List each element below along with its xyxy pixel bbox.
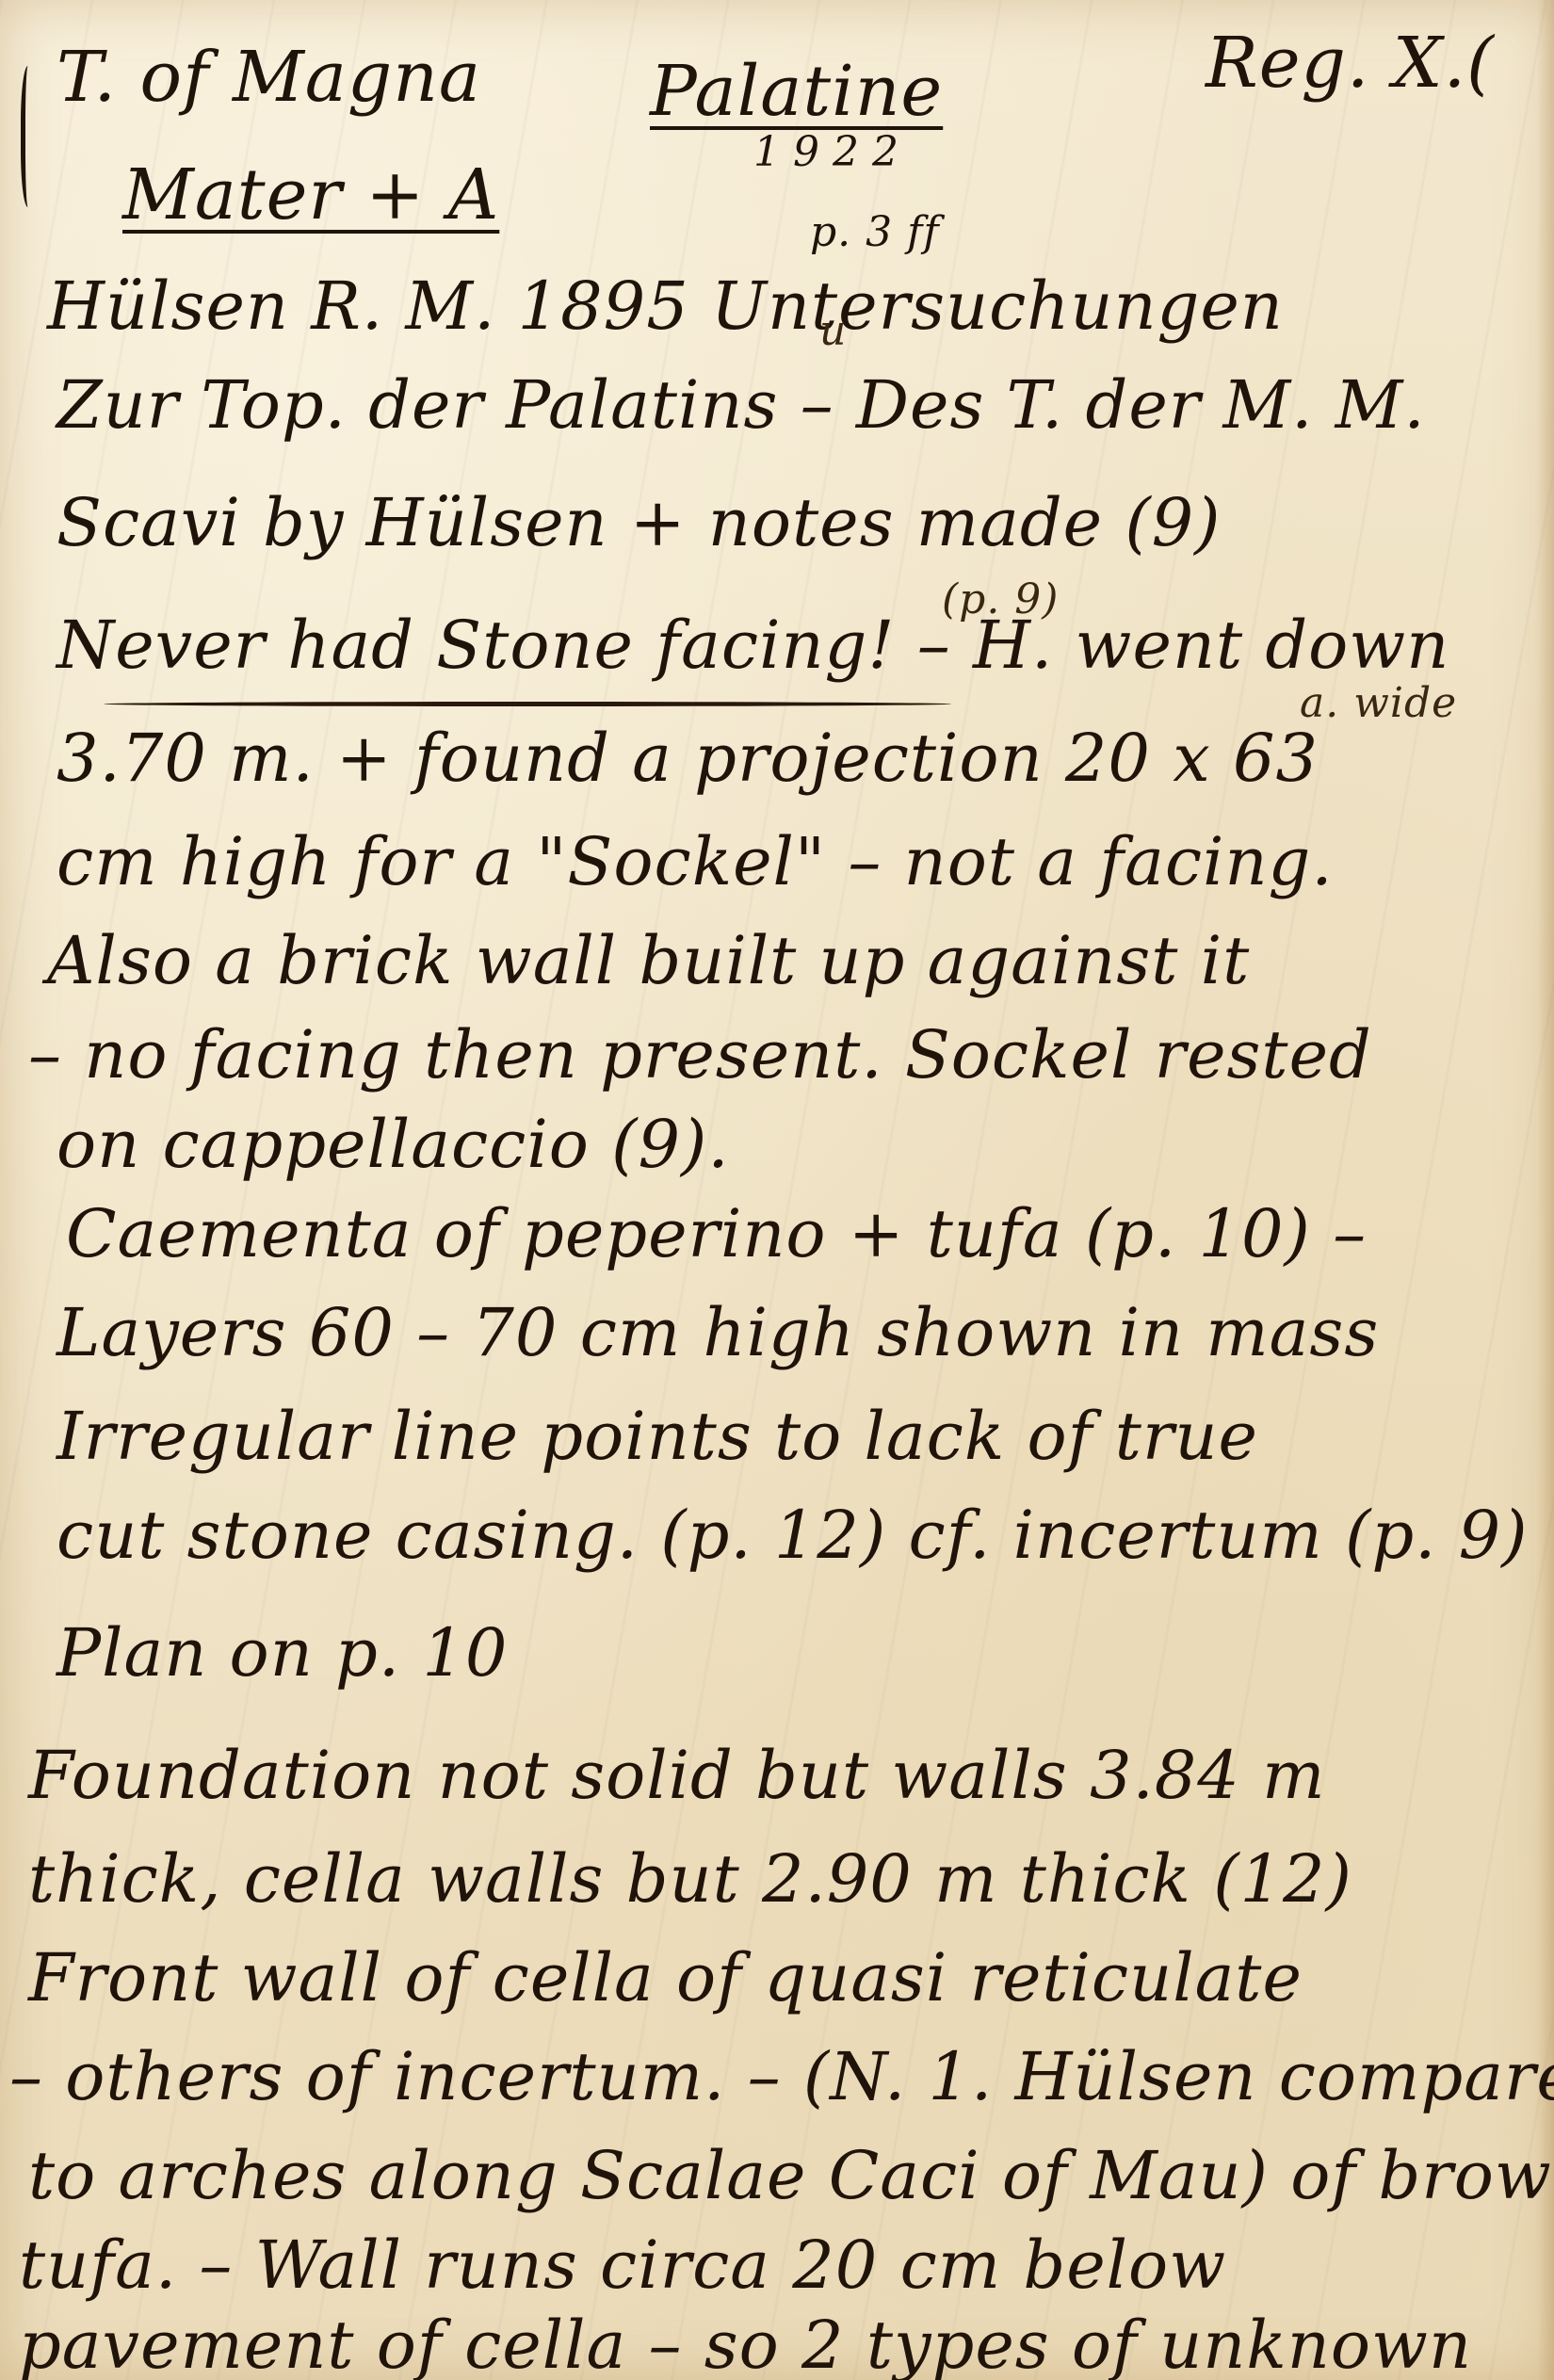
note-line-6: cm high for a "Sockel" – not a facing.	[57, 829, 1334, 895]
note-line-19: to arches along Scalae Caci of Mau) of b…	[28, 2143, 1554, 2209]
note-line-18: – others of incertum. – (N. 1. Hülsen co…	[9, 2044, 1554, 2110]
header-page-ref: p. 3 ff	[810, 212, 940, 253]
header-register: Reg. X.(	[1206, 28, 1495, 98]
note-line-21: pavement of cella – so 2 types of unknow…	[19, 2312, 1472, 2378]
note-line-11: Layers 60 – 70 cm high shown in mass	[57, 1300, 1379, 1366]
wavy-underline	[104, 702, 951, 706]
note-line-4: Never had Stone facing! – H. went down	[57, 612, 1449, 678]
header-title: Palatine	[650, 57, 943, 126]
interlinear-note-5: a. wide	[1300, 683, 1457, 724]
note-line-14: Plan on p. 10	[57, 1620, 508, 1686]
note-line-15: Foundation not solid but walls 3.84 m	[28, 1742, 1325, 1808]
margin-bracket	[21, 66, 39, 207]
header-temple-name-line1: T. of Magna	[57, 42, 481, 112]
note-line-10: Caementa of peperino + tufa (p. 10) –	[66, 1201, 1367, 1267]
header-temple-name-line2: Mater + A	[122, 160, 499, 230]
note-line-20: tufa. – Wall runs circa 20 cm below	[19, 2232, 1226, 2298]
note-line-12: Irregular line points to lack of true	[57, 1403, 1258, 1469]
page-edge-shadow	[1537, 0, 1554, 2380]
note-line-9: on cappellaccio (9).	[57, 1111, 730, 1177]
notebook-page: T. of Magna Mater + A Palatine 1922 Reg.…	[0, 0, 1554, 2380]
note-line-13: cut stone casing. (p. 12) cf. incertum (…	[57, 1502, 1529, 1568]
note-line-17: Front wall of cella of quasi reticulate	[28, 1945, 1303, 2011]
note-line-5: 3.70 m. + found a projection 20 x 63	[57, 725, 1319, 791]
note-line-16: thick, cella walls but 2.90 m thick (12)	[28, 1846, 1352, 1912]
note-line-8: – no facing then present. Sockel rested	[28, 1022, 1372, 1088]
note-line-1: Hülsen R. M. 1895 Untersuchungen	[47, 273, 1284, 339]
note-line-7: Also a brick wall built up against it	[47, 928, 1250, 994]
note-line-2: Zur Top. der Palatins – Des T. der M. M.	[57, 372, 1426, 438]
note-line-3: Scavi by Hülsen + notes made (9)	[57, 490, 1222, 556]
header-year: 1922	[753, 132, 912, 173]
caret-insert-1: u	[819, 311, 847, 352]
